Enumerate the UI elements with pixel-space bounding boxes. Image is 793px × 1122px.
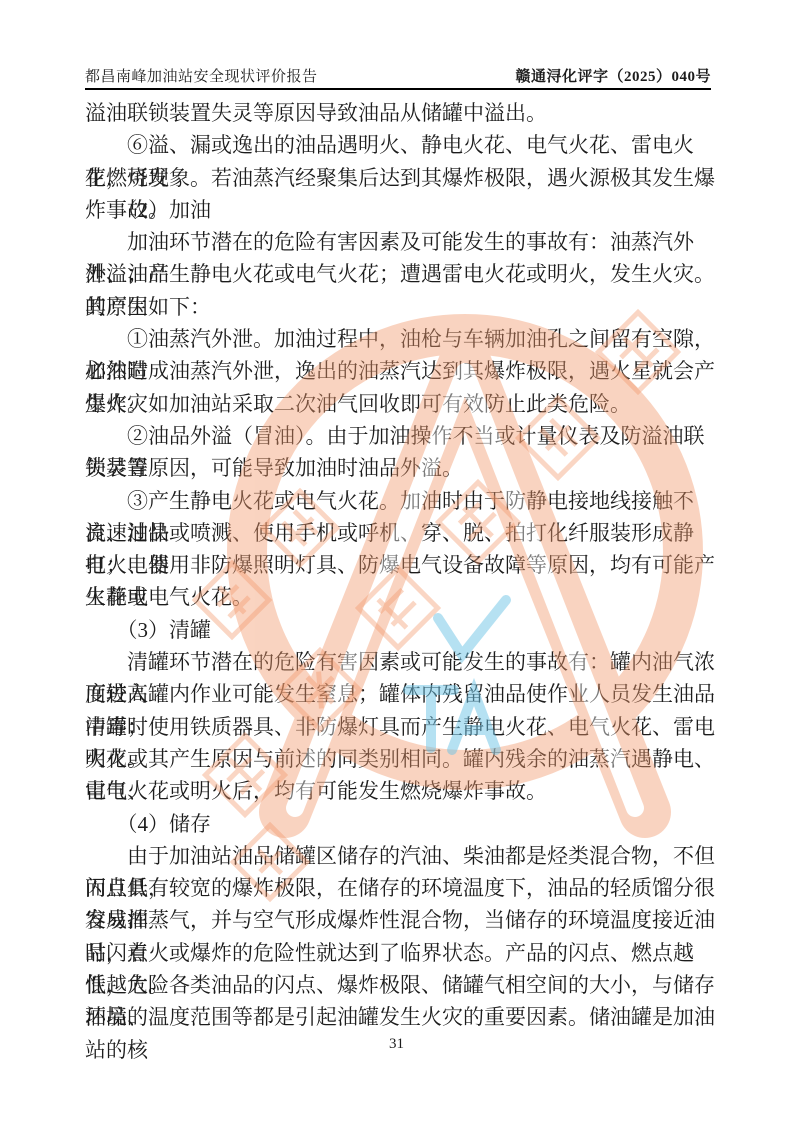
document-page: 都昌南峰加油站安全现状评价报告 赣通浔化评字（2025）040号 溢油联锁装置失… [0, 0, 793, 1122]
text-line: ②油品外溢（冒油）。由于加油操作不当或计量仪表及防溢油联锁装置 [85, 420, 717, 452]
text-line: 打火、使用非防爆照明灯具、防爆电气设备故障等原因，均有可能产生静电 [85, 549, 717, 581]
text-line: 加油环节潜在的危险有害因素及可能发生的事故有：油蒸汽外泄、油品 [85, 226, 717, 258]
text-line: 清罐时使用铁质器具、非防爆灯具而产生静电火花、电气火花、雷电火花或 [85, 711, 717, 743]
header-divider [85, 88, 711, 90]
text-line: ①油蒸汽外泄。加油过程中，油枪与车辆加油孔之间留有空隙，加油时 [85, 323, 717, 355]
text-line: 爆炸。如加油站采取二次油气回收即可有效防止此类危险。 [85, 388, 717, 420]
text-line: 环境、温度范围等都是引起油罐发生火灾的重要因素。储油罐是加油站的核 [85, 1001, 717, 1033]
text-line: 性越大。各类油品的闪点、爆炸极限、储罐气相空间的大小，与储存油品的 [85, 969, 717, 1001]
text-line: ⑥溢、漏或逸出的油品遇明火、静电火花、电气火花、雷电火花，可发 [85, 129, 717, 161]
document-body: 溢油联锁装置失灵等原因导致油品从储罐中溢出。 ⑥溢、漏或逸出的油品遇明火、静电火… [85, 97, 717, 1034]
text-line: 发成油蒸气，并与空气形成爆炸性混合物，当储存的环境温度接近油品闪点 [85, 904, 717, 936]
text-line: 时，着火或爆炸的危险性就达到了临界状态。产品的闪点、燃点越低，危险 [85, 937, 717, 969]
text-line: 而且具有较宽的爆炸极限，在储存的环境温度下，油品的轻质馏分很容易挥 [85, 872, 717, 904]
header-document-number: 赣通浔化评字（2025）040号 [515, 67, 711, 87]
header-report-title: 都昌南峰加油站安全现状评价报告 [85, 67, 318, 87]
text-line: 外溢；产生静电火花或电气火花；遭遇雷电火花或明火，发生火灾。其产生 [85, 258, 717, 290]
section-heading: （4）储存 [85, 808, 717, 840]
section-heading: （3）清罐 [85, 614, 717, 646]
text-line: 溢油联锁装置失灵等原因导致油品从储罐中溢出。 [85, 97, 717, 129]
text-line: 的原因如下： [85, 291, 717, 323]
text-line: 明火。其产生原因与前述的同类别相同。罐内残余的油蒸汽遇静电、电气、 [85, 743, 717, 775]
text-line: 火花或电气火花。 [85, 581, 717, 613]
text-line: 由于加油站油品储罐区储存的汽油、柴油都是烃类混合物，不但闪点低， [85, 840, 717, 872]
text-line: 雷电火花或明火后，均有可能发生燃烧爆炸事故。 [85, 775, 717, 807]
page-number: 31 [0, 1036, 793, 1053]
section-heading: （2）加油 [85, 194, 717, 226]
text-line: 流速过快或喷溅、使用手机或呼机、穿、脱、拍打化纤服装形成静电；电器 [85, 517, 717, 549]
text-line: 必然造成油蒸汽外泄，逸出的油蒸汽达到其爆炸极限，遇火星就会产生火灾 [85, 355, 717, 387]
page-header: 都昌南峰加油站安全现状评价报告 赣通浔化评字（2025）040号 [85, 63, 711, 87]
text-line: 而进入罐内作业可能发生窒息；罐体内残留油品使作业人员发生油品中毒； [85, 678, 717, 710]
text-line: 清罐环节潜在的危险有害因素或可能发生的事故有：罐内油气浓度较高 [85, 646, 717, 678]
text-line: ③产生静电火花或电气火花。加油时由于防静电接地线接触不良、油品 [85, 485, 717, 517]
text-line: 失灵等原因，可能导致加油时油品外溢。 [85, 452, 717, 484]
text-line: 生燃烧现象。若油蒸汽经聚集后达到其爆炸极限，遇火源极其发生爆炸事故。 [85, 162, 717, 194]
